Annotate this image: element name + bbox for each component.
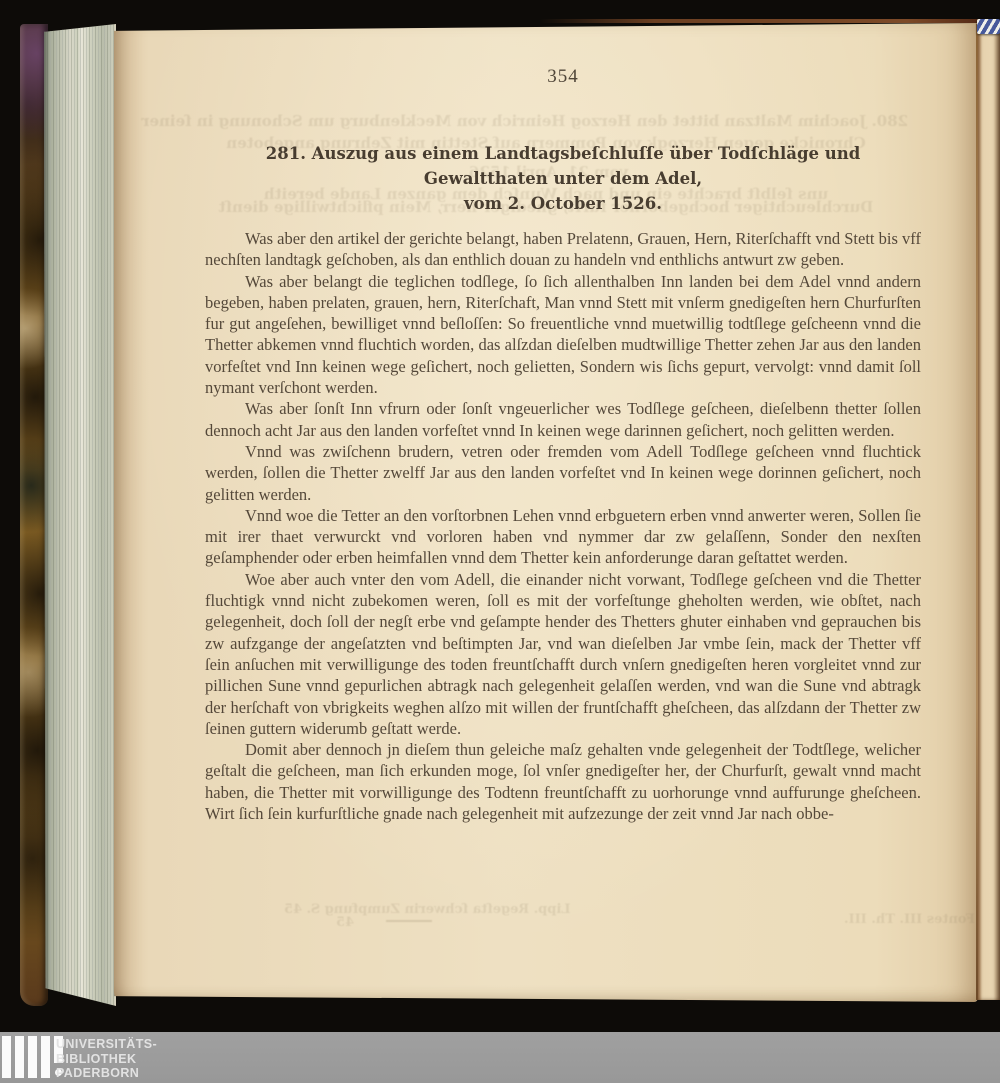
paragraph: Was aber den artikel der gerichte belang… [205,228,921,271]
logo-bar [2,1036,11,1078]
library-footer-band: UNIVERSITÄTS- BIBLIOTHEK PADERBORN [0,1032,1000,1083]
heading-line-2: vom 2. October 1526. [205,191,921,216]
library-name-line-2: BIBLIOTHEK [56,1052,157,1067]
paragraph: Was aber ſonſt Inn vfrurn oder ſonſt vng… [205,398,921,441]
logo-bar [28,1036,37,1078]
book-cover-marbled [20,24,48,1006]
paragraph: Domit aber dennoch jn dieſem thun geleic… [205,739,921,824]
paragraph: Vnnd woe die Tetter an den vorſtorbnen L… [205,505,921,569]
paragraph: Woe aber auch vnter den vom Adell, die e… [205,569,921,739]
library-name: UNIVERSITÄTS- BIBLIOTHEK PADERBORN [56,1037,157,1081]
bleedthrough-text: 45 [336,915,354,930]
logo-bar [15,1036,24,1078]
body-text: Was aber den artikel der gerichte belang… [205,228,921,824]
bleedthrough-text: Fontes III. Th. III. [844,912,975,927]
paragraph: Was aber belangt die teglichen todſlege,… [205,271,921,399]
library-name-line-3: PADERBORN [56,1066,157,1081]
bleedthrough-rule [386,920,432,922]
book-top-edge [540,19,998,23]
scanned-page: 280. Joachim Maltzan bittet den Herzog H… [114,22,978,1002]
logo-bar [41,1036,50,1078]
paragraph: Vnnd was zwiſchenn brudern, vetren oder … [205,441,921,505]
section-heading: 281. Auszug aus einem Landtagsbeſchluſſe… [205,141,921,216]
library-name-line-1: UNIVERSITÄTS- [56,1037,157,1052]
headband [977,19,1000,34]
library-logo-icon [2,1036,63,1078]
heading-line-1: 281. Auszug aus einem Landtagsbeſchluſſe… [205,141,921,191]
next-page-edge [978,23,1000,1000]
page-fore-edge-stack [44,24,116,1010]
bleedthrough-text: Lipp. Regeſta ſchwerin Zumpfung S. 45 [284,902,570,917]
page-number: 354 [205,66,921,88]
